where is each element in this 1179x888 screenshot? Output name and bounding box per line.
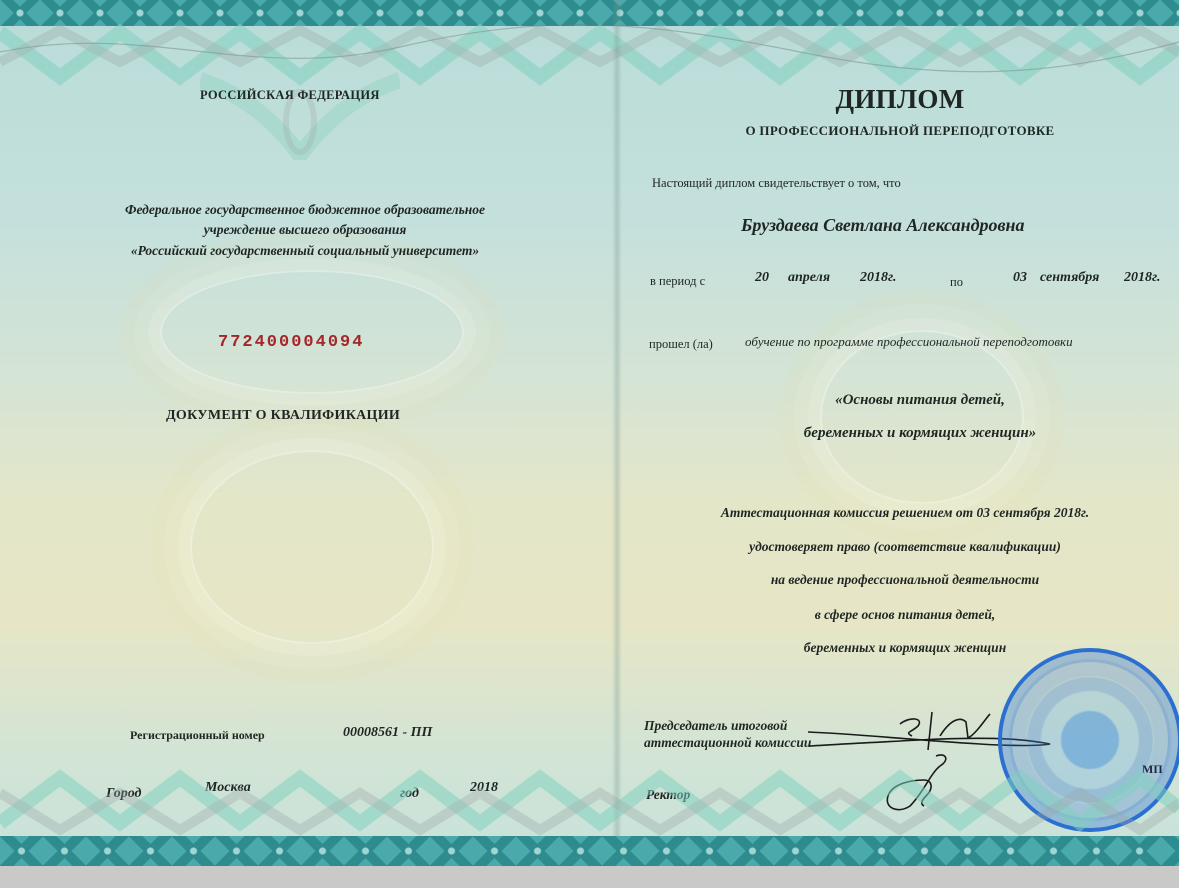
commission-line-1: Аттестационная комиссия решением от 03 с…: [660, 505, 1150, 521]
diploma-spread: РОССИЙСКАЯ ФЕДЕРАЦИЯ Федеральное государ…: [0, 0, 1179, 866]
bottom-ornament-band: [0, 836, 1179, 866]
top-guilloche-waves: [0, 22, 1179, 92]
diploma-subtitle: О ПРОФЕССИОНАЛЬНОЙ ПЕРЕПОДГОТОВКЕ: [730, 123, 1070, 139]
chair-label-line-2: аттестационной комиссии: [644, 735, 811, 751]
completed-label: прошел (ла): [649, 337, 713, 352]
left-upper-watermark: [160, 270, 464, 394]
commission-line-3: на ведение профессиональной деятельности: [660, 572, 1150, 588]
period-prefix: в период с: [650, 274, 705, 289]
program-line-2: беременных и кормящих женщин»: [740, 425, 1100, 442]
registration-label: Регистрационный номер: [130, 728, 265, 743]
completed-text: обучение по программе профессиональной п…: [745, 334, 1073, 350]
diploma-title: ДИПЛОМ: [780, 84, 1020, 115]
period-end-day: 03: [1013, 270, 1027, 286]
center-fold: [612, 0, 622, 866]
period-start-month: апреля: [788, 270, 830, 286]
institution-line-2: учреждение высшего образования: [60, 222, 550, 238]
commission-line-2: удостоверяет право (соответствие квалифи…: [660, 539, 1150, 555]
period-to: по: [950, 275, 963, 290]
registration-number: 00008561 - ПП: [343, 725, 432, 741]
right-watermark: [820, 330, 1024, 504]
document-type: ДОКУМЕНТ О КВАЛИФИКАЦИИ: [166, 408, 400, 424]
institution-line-3: «Российский государственный социальный у…: [60, 243, 550, 259]
emblem-flourish: [200, 60, 400, 160]
period-end-year: 2018г.: [1124, 270, 1160, 286]
serial-number: 772400004094: [218, 333, 364, 352]
period-end-month: сентября: [1040, 270, 1099, 286]
left-lower-watermark: [190, 450, 434, 644]
institution-line-1: Федеральное государственное бюджетное об…: [60, 202, 550, 218]
bottom-guilloche-waves: [0, 768, 1179, 838]
country-heading: РОССИЙСКАЯ ФЕДЕРАЦИЯ: [200, 88, 386, 103]
commission-line-4: в сфере основ питания детей,: [660, 607, 1150, 623]
recipient-name: Бруздаева Светлана Александровна: [741, 215, 1025, 236]
program-line-1: «Основы питания детей,: [760, 392, 1080, 409]
period-start-day: 20: [755, 270, 769, 286]
chair-label-line-1: Председатель итоговой: [644, 718, 787, 734]
period-start-year: 2018г.: [860, 270, 896, 286]
certifies-text: Настоящий диплом свидетельствует о том, …: [652, 176, 901, 191]
